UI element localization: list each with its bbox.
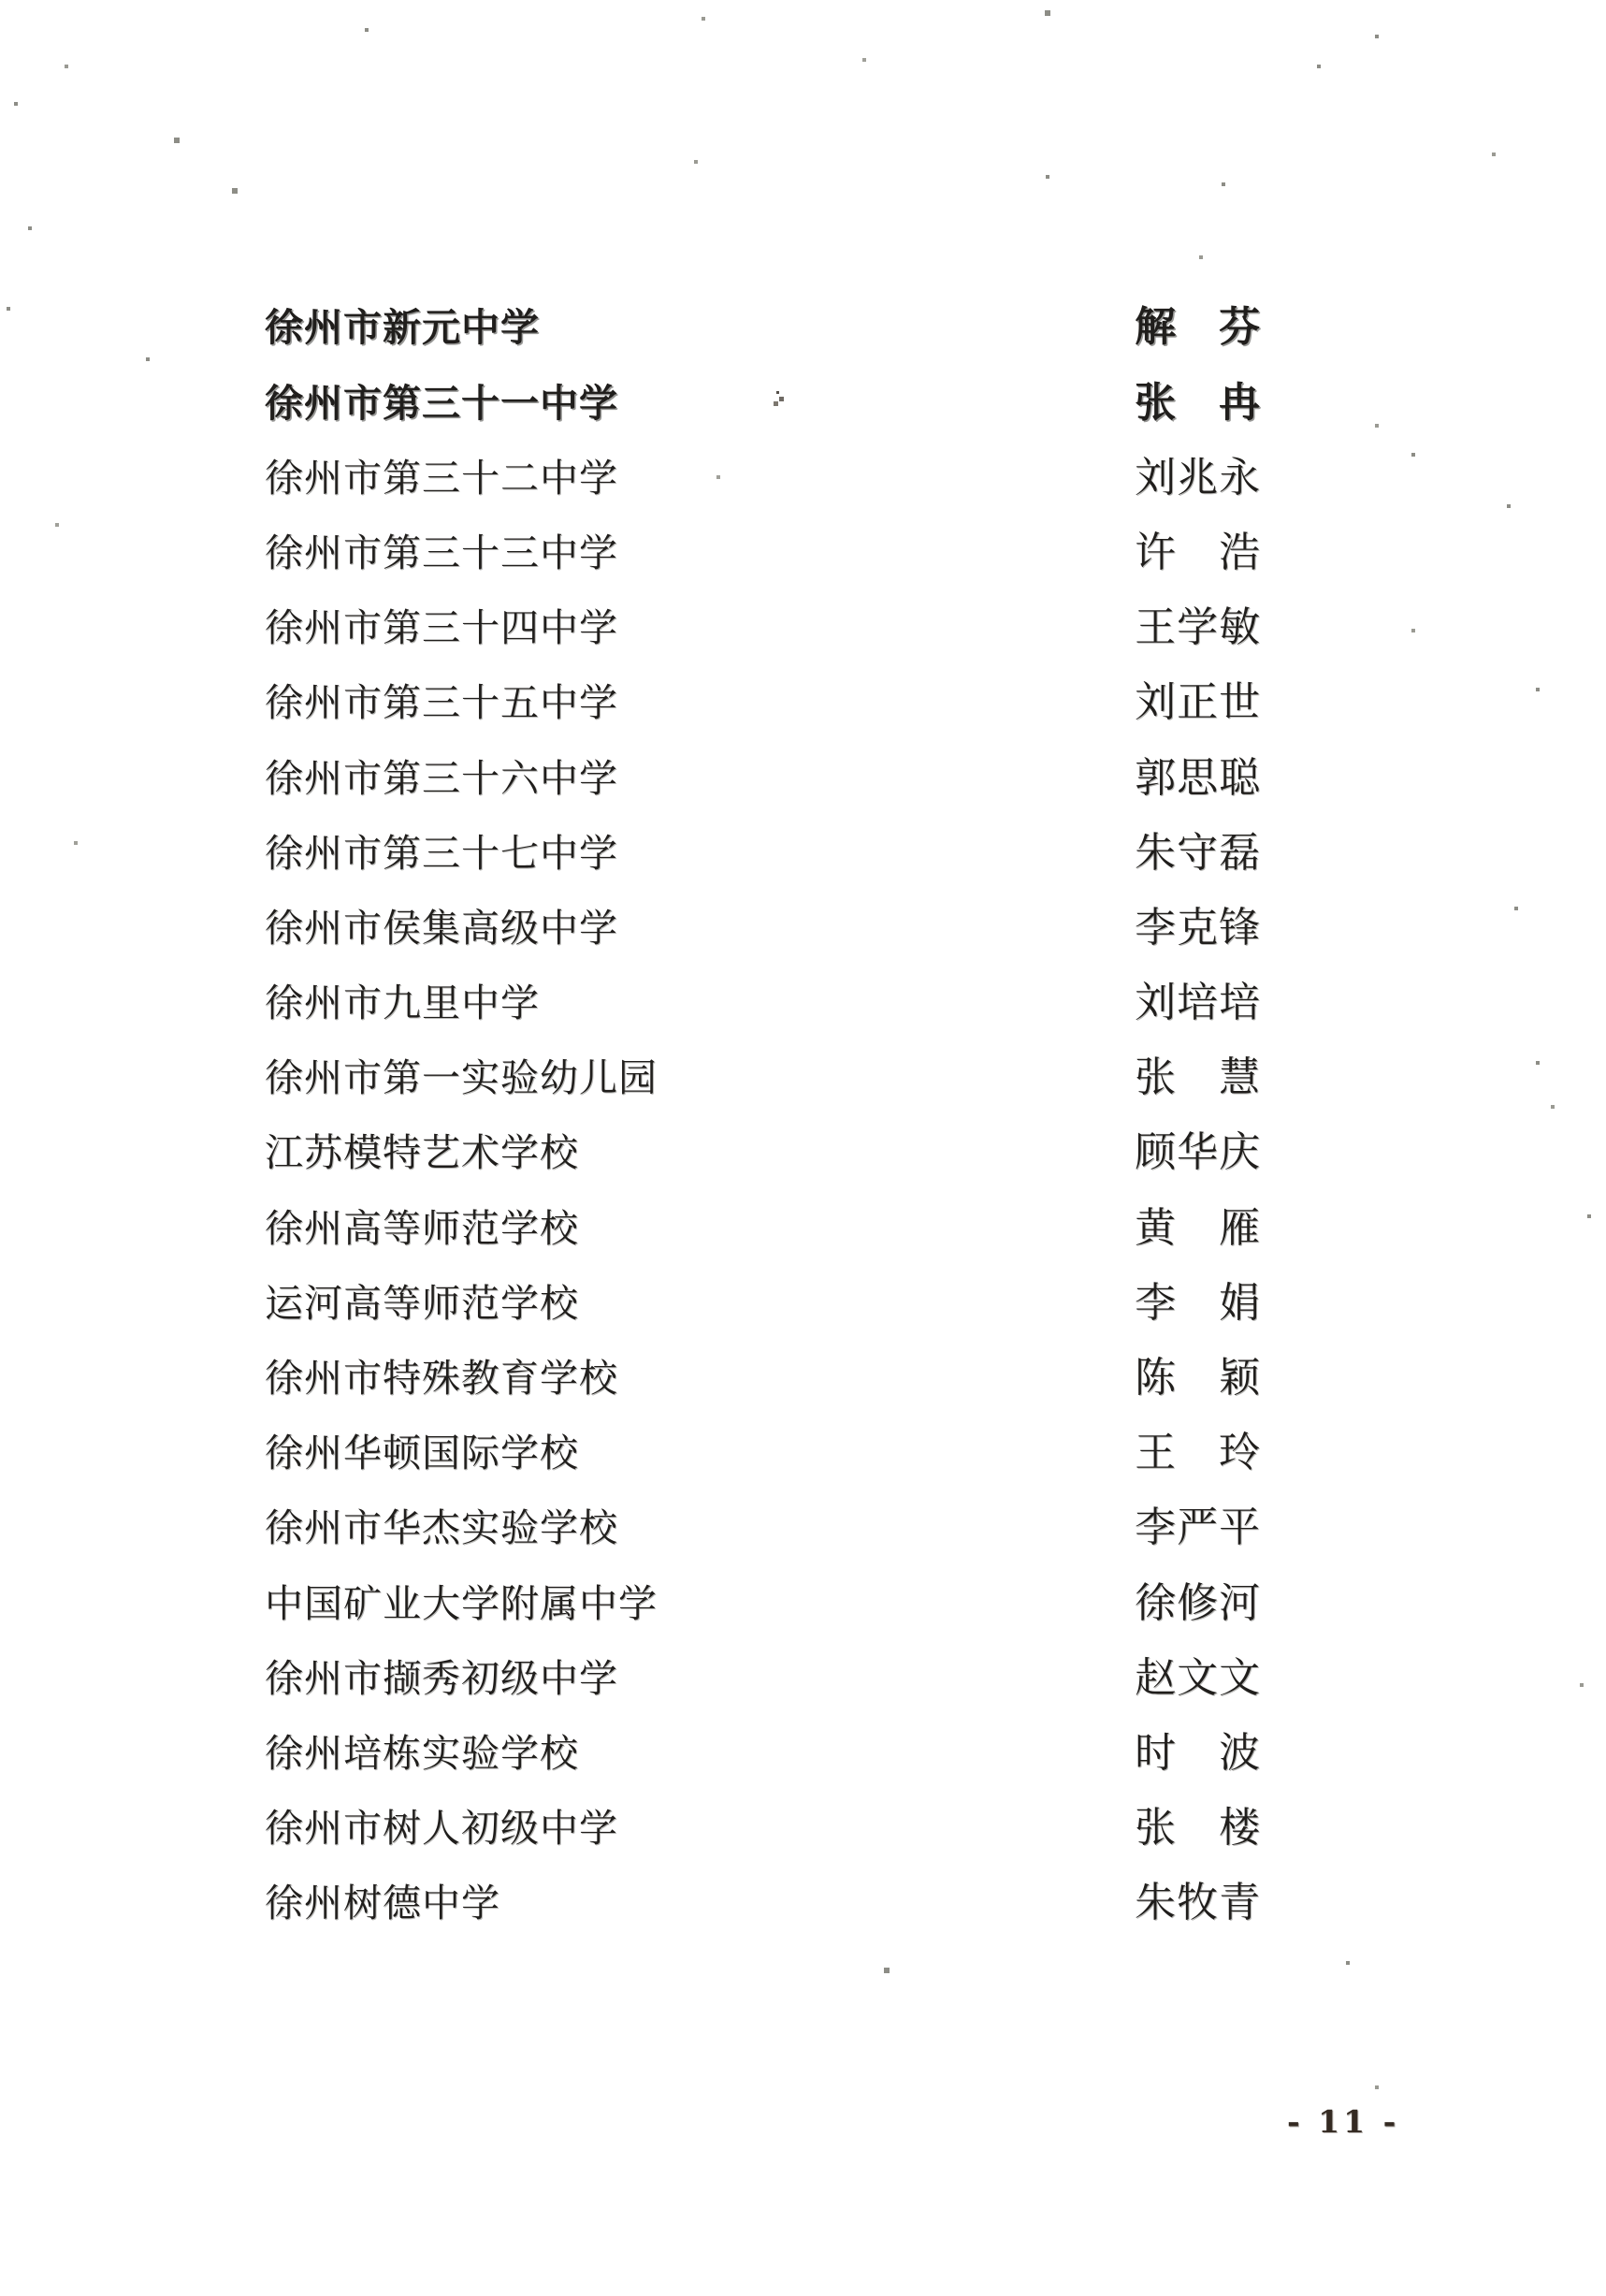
person-name: 王 玲 [1135, 1416, 1261, 1490]
list-row: 中国矿业大学附属中学 徐修河 [265, 1565, 1425, 1640]
person-name: 李 娟 [1135, 1266, 1261, 1341]
list-row: 徐州市第三十三中学 许 浩 [265, 516, 1425, 590]
list-row: 徐州市第三十六中学 郭思聪 [265, 740, 1425, 815]
person-name: 李严平 [1135, 1490, 1261, 1565]
list-row: 徐州市九里中学 刘培培 [265, 966, 1425, 1040]
school-name: 徐州市九里中学 [265, 966, 1130, 1040]
school-name: 徐州市树人初级中学 [265, 1791, 1130, 1866]
scanned-document-page: 徐州市新元中学 解 芬 徐州市第三十一中学 张 冉 徐州市第三十二中学 刘兆永 … [0, 0, 1606, 2296]
school-name: 徐州市第三十一中学 [265, 366, 1130, 441]
list-row: 徐州树德中学 朱牧青 [265, 1866, 1425, 1940]
school-name: 徐州市第三十二中学 [265, 441, 1130, 516]
person-name: 徐修河 [1135, 1566, 1261, 1641]
list-row: 徐州华顿国际学校 王 玲 [265, 1416, 1425, 1490]
person-name: 刘培培 [1135, 966, 1261, 1040]
school-name: 徐州市第三十六中学 [265, 741, 1130, 816]
school-name: 徐州市撷秀初级中学 [265, 1641, 1130, 1716]
list-row: 徐州市特殊教育学校 陈 颖 [265, 1341, 1425, 1416]
school-name: 徐州高等师范学校 [265, 1191, 1130, 1266]
list-row: 徐州高等师范学校 黄 雁 [265, 1190, 1425, 1265]
recipient-list: 徐州市新元中学 解 芬 徐州市第三十一中学 张 冉 徐州市第三十二中学 刘兆永 … [265, 290, 1425, 1940]
list-row: 运河高等师范学校 李 娟 [265, 1265, 1425, 1340]
list-row: 徐州培栋实验学校 时 波 [265, 1716, 1425, 1791]
person-name: 陈 颖 [1135, 1341, 1261, 1416]
list-row: 徐州市第三十七中学 朱守磊 [265, 815, 1425, 890]
person-name: 刘正世 [1135, 665, 1261, 740]
school-name: 徐州华顿国际学校 [265, 1416, 1130, 1490]
person-name: 郭思聪 [1135, 741, 1261, 816]
person-name: 许 浩 [1135, 516, 1261, 590]
school-name: 徐州培栋实验学校 [265, 1716, 1130, 1791]
list-row: 徐州市第三十一中学 张 冉 [265, 365, 1425, 440]
person-name: 李克锋 [1135, 891, 1261, 966]
person-name: 赵文文 [1135, 1641, 1261, 1716]
list-row: 徐州市撷秀初级中学 赵文文 [265, 1640, 1425, 1715]
person-name: 顾华庆 [1135, 1115, 1261, 1190]
person-name: 黄 雁 [1135, 1191, 1261, 1266]
list-row: 江苏模特艺术学校 顾华庆 [265, 1115, 1425, 1190]
person-name: 王学敏 [1135, 590, 1261, 665]
school-name: 徐州市华杰实验学校 [265, 1490, 1130, 1565]
school-name: 徐州市第三十三中学 [265, 516, 1130, 590]
list-row: 徐州市华杰实验学校 李严平 [265, 1490, 1425, 1565]
list-row: 徐州市第三十四中学 王学敏 [265, 590, 1425, 665]
school-name: 徐州市第三十五中学 [265, 665, 1130, 740]
list-row: 徐州市第三十五中学 刘正世 [265, 665, 1425, 740]
person-name: 时 波 [1135, 1716, 1261, 1791]
school-name: 徐州市新元中学 [265, 290, 1130, 365]
page-number: - 11 - [1287, 2103, 1399, 2140]
school-name: 徐州市第三十四中学 [265, 590, 1130, 665]
school-name: 江苏模特艺术学校 [265, 1115, 1130, 1190]
person-name: 朱守磊 [1135, 816, 1261, 891]
scan-noise-speckles [0, 0, 2, 2]
person-name: 朱牧青 [1135, 1866, 1261, 1940]
list-row: 徐州市新元中学 解 芬 [265, 290, 1425, 365]
person-name: 刘兆永 [1135, 441, 1261, 516]
list-row: 徐州市第一实验幼儿园 张 慧 [265, 1040, 1425, 1115]
list-row: 徐州市树人初级中学 张 楼 [265, 1791, 1425, 1866]
school-name: 运河高等师范学校 [265, 1266, 1130, 1341]
school-name: 徐州市侯集高级中学 [265, 891, 1130, 966]
person-name: 张 楼 [1135, 1791, 1261, 1866]
person-name: 张 冉 [1135, 366, 1261, 441]
school-name: 徐州市特殊教育学校 [265, 1341, 1130, 1416]
person-name: 解 芬 [1135, 290, 1261, 365]
person-name: 张 慧 [1135, 1040, 1261, 1115]
school-name: 徐州市第一实验幼儿园 [265, 1040, 1130, 1115]
list-row: 徐州市侯集高级中学 李克锋 [265, 891, 1425, 966]
school-name: 徐州树德中学 [265, 1866, 1130, 1940]
school-name: 中国矿业大学附属中学 [265, 1566, 1130, 1641]
school-name: 徐州市第三十七中学 [265, 816, 1130, 891]
list-row: 徐州市第三十二中学 刘兆永 [265, 440, 1425, 515]
